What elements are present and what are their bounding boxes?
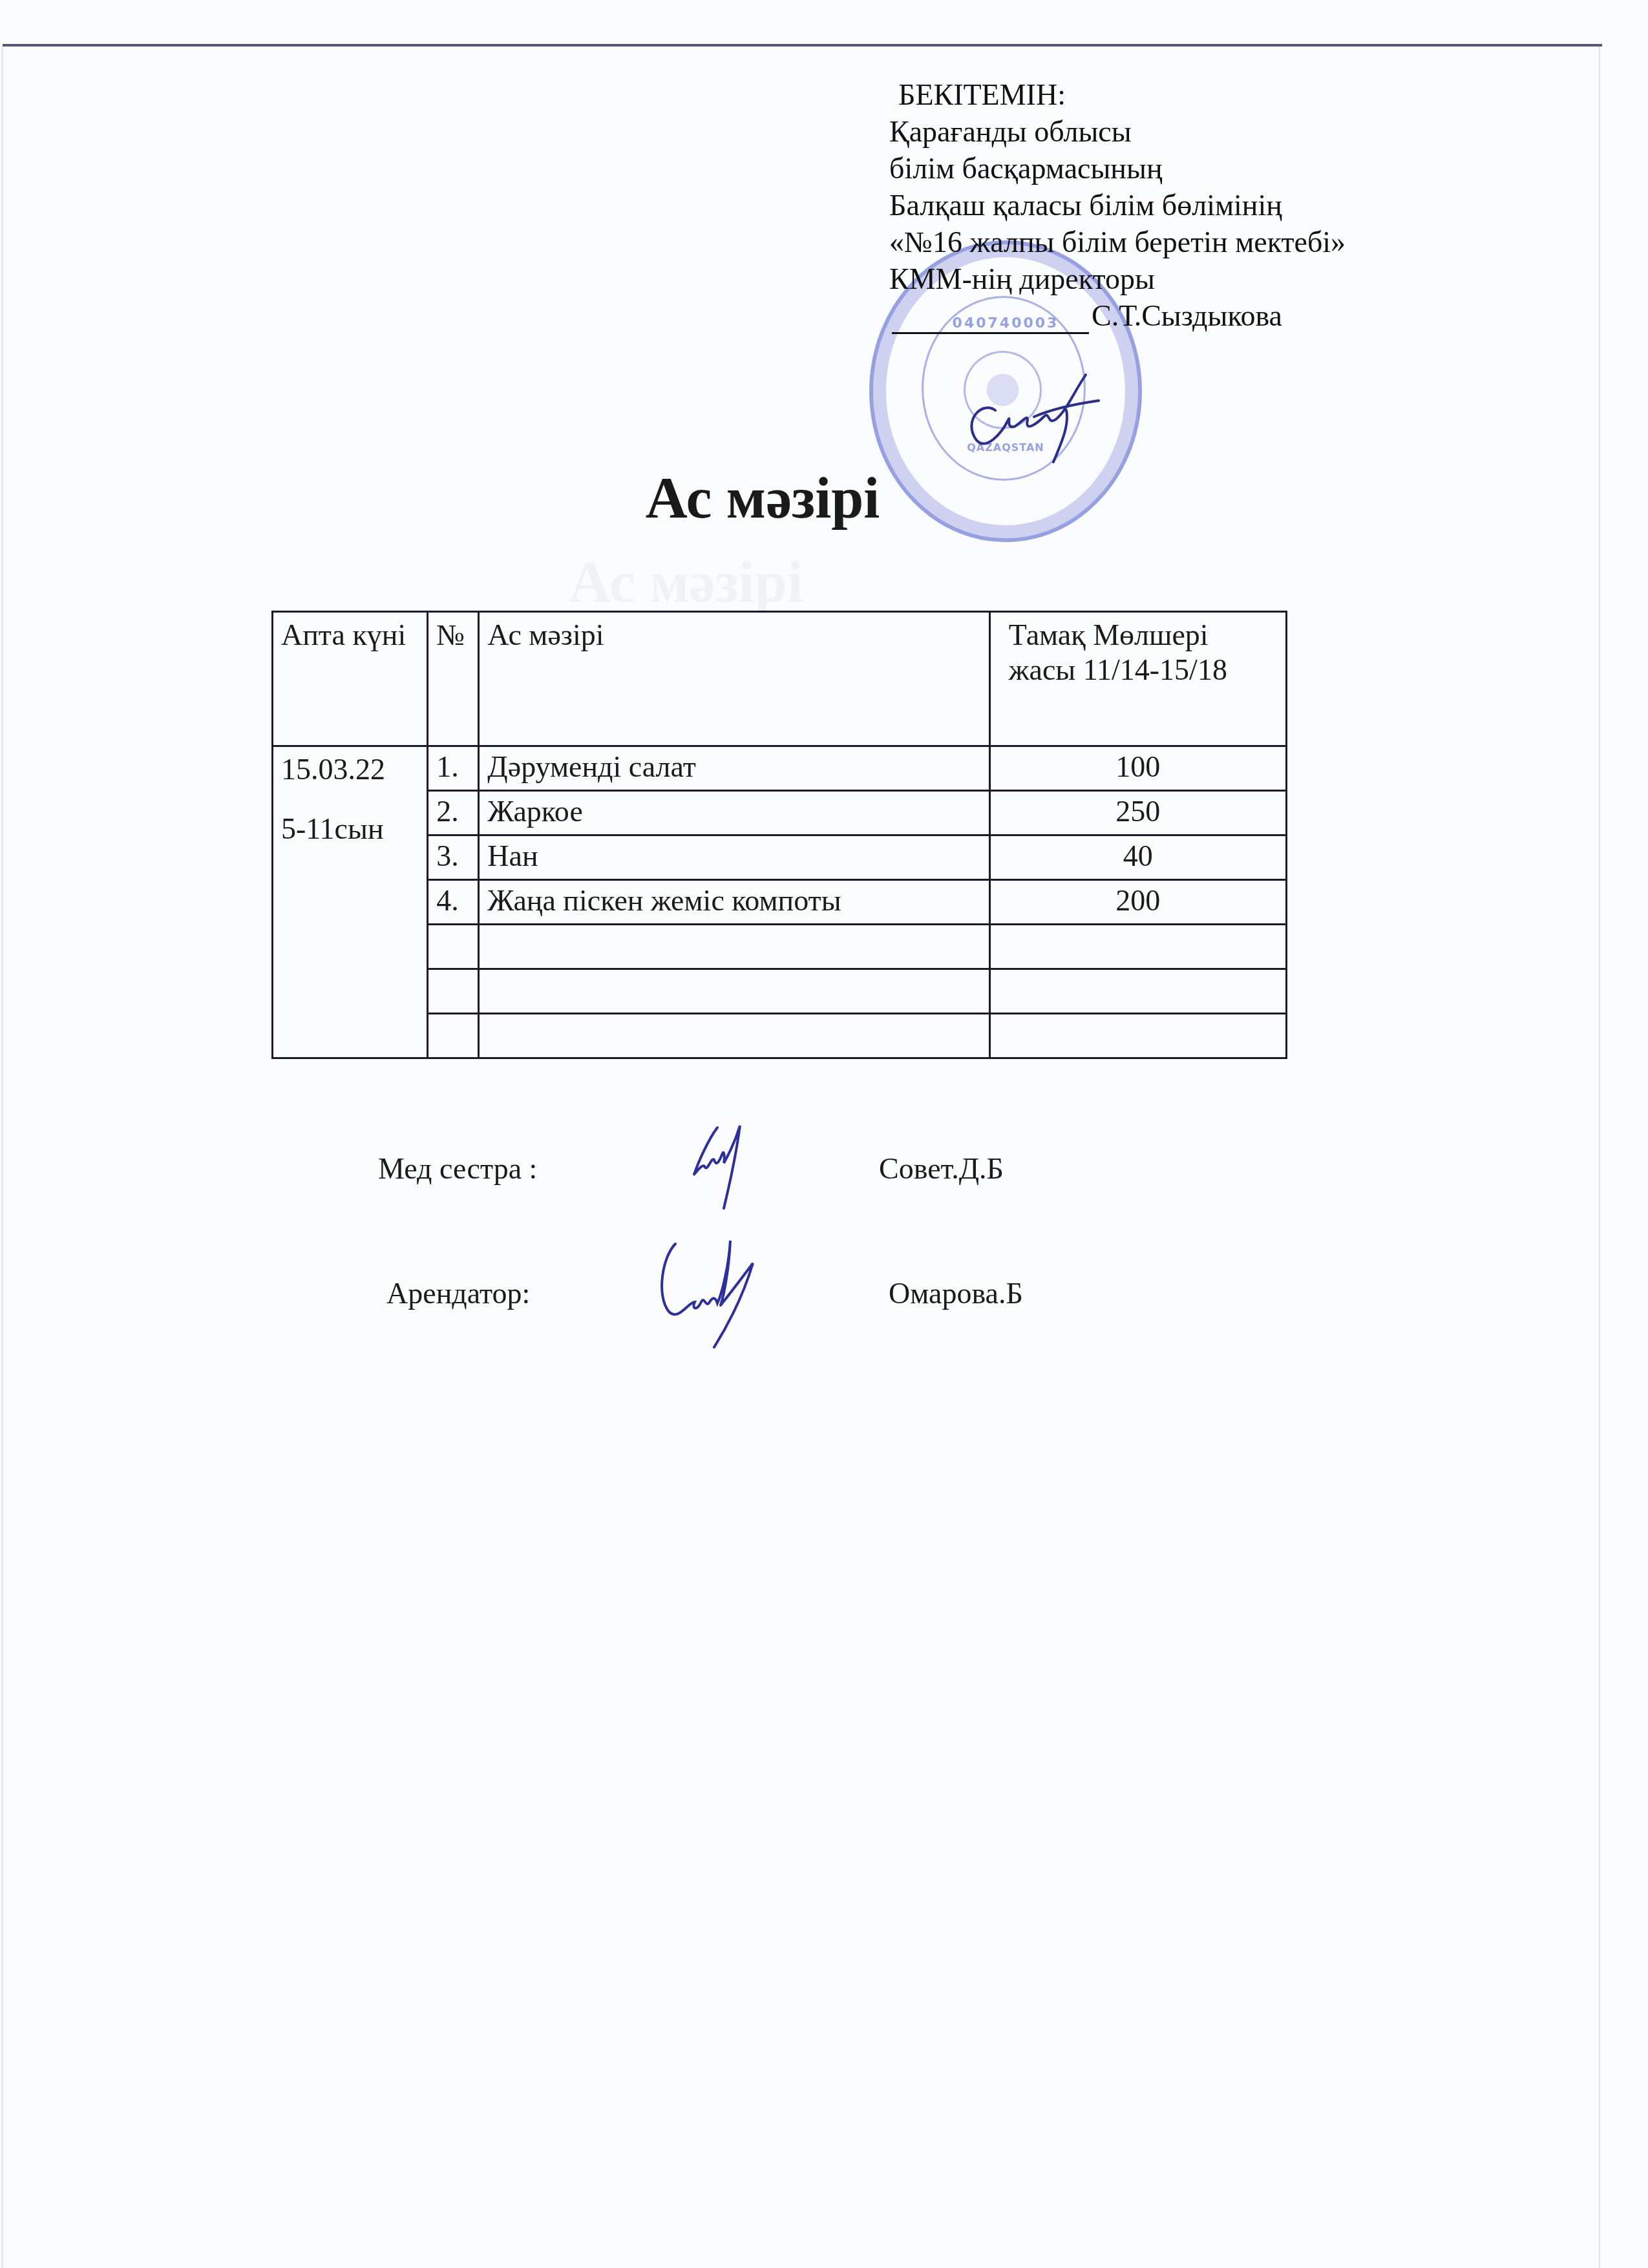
row-number xyxy=(428,925,479,969)
header-portion: Тамақ Мөлшері жасы 11/14-15/18 xyxy=(989,612,1286,746)
director-signature xyxy=(956,349,1125,465)
nurse-signature xyxy=(685,1118,782,1215)
signature-nurse-name: Совет.Д.Б xyxy=(879,1151,1004,1186)
tenant-signature xyxy=(646,1237,814,1354)
page-title: Ас мәзірі xyxy=(0,465,1648,532)
header-menu: Ас мәзірі xyxy=(479,612,989,746)
dish-name: Дәруменді салат xyxy=(479,746,989,791)
portion-amount xyxy=(989,925,1286,969)
dish-name: Жаркое xyxy=(479,791,989,835)
approval-block: БЕКІТЕМІН: Қарағанды облысы білім басқар… xyxy=(898,76,1346,334)
dish-name xyxy=(479,925,989,969)
bleed-through-title: Ас мәзірі xyxy=(569,549,803,616)
grade-range: 5-11сын xyxy=(281,812,419,846)
portion-amount: 100 xyxy=(989,746,1286,791)
dish-name: Жаңа піскен жеміс компоты xyxy=(479,880,989,925)
table-header-row: Апта күні № Ас мәзірі Тамақ Мөлшері жасы… xyxy=(273,612,1287,746)
approval-line: Балқаш қаласы білім бөлімінің xyxy=(889,187,1346,224)
menu-date: 15.03.22 xyxy=(281,752,419,787)
spacer xyxy=(281,787,419,812)
signature-nurse-role: Мед сестра : xyxy=(378,1151,537,1186)
approval-line: «№16 жалпы білім беретін мектебі» xyxy=(889,224,1346,260)
portion-amount xyxy=(989,1014,1286,1058)
scan-edge-top xyxy=(3,44,1602,47)
approval-line: білім басқармасының xyxy=(889,150,1346,187)
portion-amount: 40 xyxy=(989,835,1286,880)
approval-heading: БЕКІТЕМІН: xyxy=(898,76,1346,113)
stamp-emblem-label: QAZAQSTAN xyxy=(873,441,1138,454)
dish-name: Нан xyxy=(479,835,989,880)
portion-amount xyxy=(989,969,1286,1014)
row-number: 2. xyxy=(428,791,479,835)
dish-name xyxy=(479,1014,989,1058)
dish-name xyxy=(479,969,989,1014)
scan-edge-left xyxy=(1,47,3,2268)
menu-table: Апта күні № Ас мәзірі Тамақ Мөлшері жасы… xyxy=(271,611,1287,1059)
portion-amount: 250 xyxy=(989,791,1286,835)
director-signature-line: С.Т.Сыздыкова xyxy=(898,297,1346,334)
signature-tenant-role: Арендатор: xyxy=(386,1276,530,1310)
row-number: 4. xyxy=(428,880,479,925)
header-day: Апта күні xyxy=(273,612,428,746)
director-name: С.Т.Сыздыкова xyxy=(1092,299,1282,332)
header-number: № xyxy=(428,612,479,746)
approval-line: КММ-нің директоры xyxy=(889,260,1346,297)
day-cell: 15.03.225-11сын xyxy=(273,746,428,1058)
row-number xyxy=(428,969,479,1014)
signature-underline xyxy=(892,304,1089,334)
scan-edge-right xyxy=(1599,47,1600,2268)
table-row: 15.03.225-11сын1.Дәруменді салат100 xyxy=(273,746,1287,791)
signature-tenant-name: Омарова.Б xyxy=(889,1276,1023,1310)
portion-amount: 200 xyxy=(989,880,1286,925)
state-emblem-icon xyxy=(964,351,1042,429)
row-number: 3. xyxy=(428,835,479,880)
row-number: 1. xyxy=(428,746,479,791)
approval-line: Қарағанды облысы xyxy=(889,113,1346,150)
row-number xyxy=(428,1014,479,1058)
